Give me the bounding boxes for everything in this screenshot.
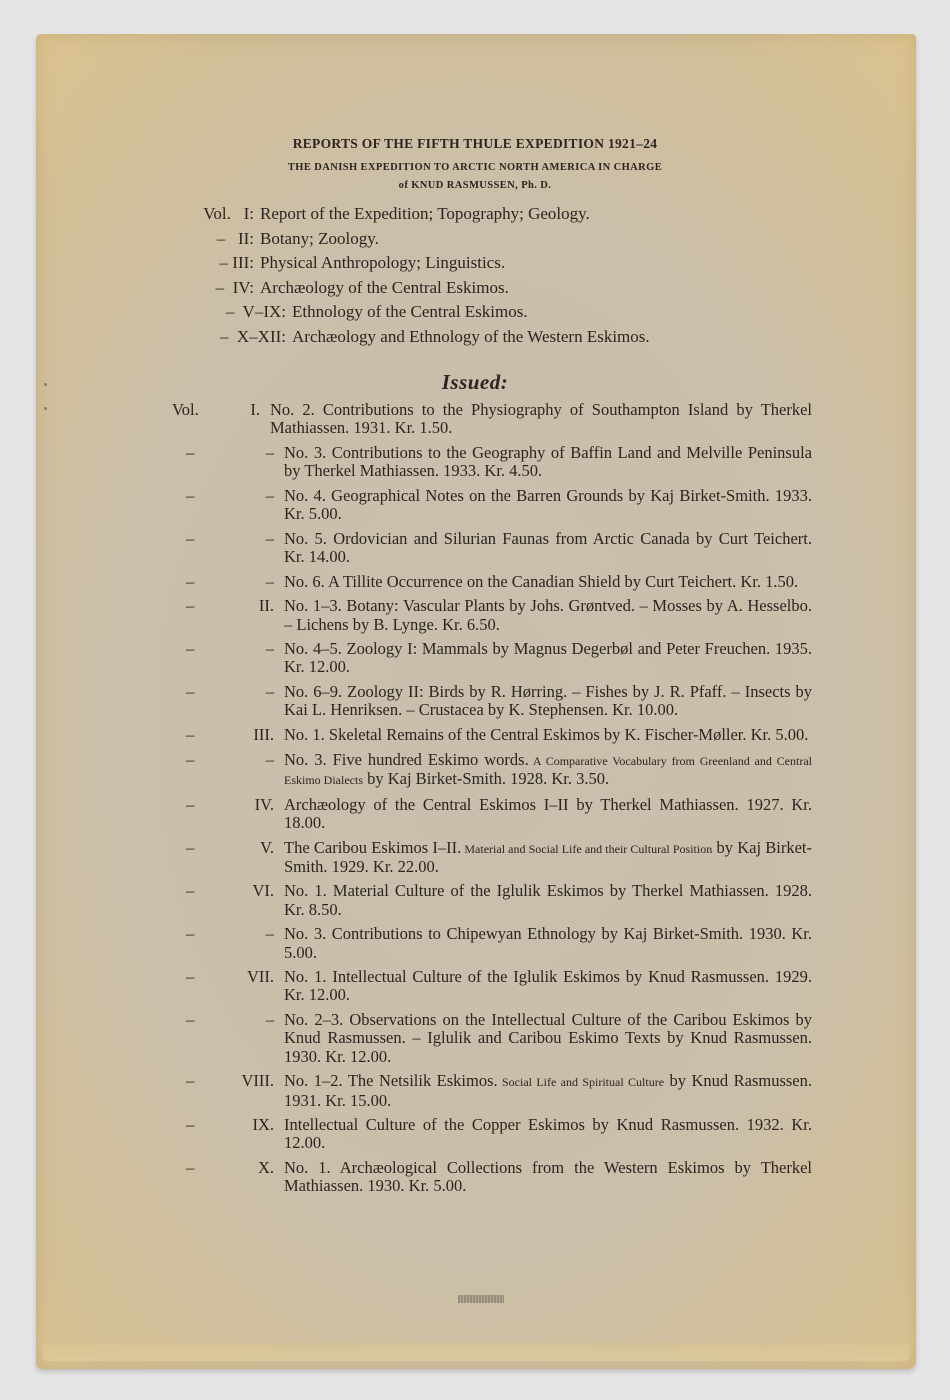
entry-volume-number: – xyxy=(226,683,284,719)
issued-entry: –IX.Intellectual Culture of the Copper E… xyxy=(172,1116,812,1152)
entry-description: No. 2–3. Observations on the Intellectua… xyxy=(284,1011,812,1066)
issued-entry: ––No. 5. Ordovician and Silurian Faunas … xyxy=(172,530,812,566)
entry-description: No. 1. Archæological Collections from th… xyxy=(284,1159,812,1195)
entry-series-mark: – xyxy=(172,597,226,633)
issued-heading: Issued: xyxy=(0,370,950,395)
entry-title: No. 5. Ordovician and Silurian Faunas fr… xyxy=(284,529,812,566)
entry-title: No. 4–5. Zoology I: Mammals by Magnus De… xyxy=(284,639,812,676)
entry-volume-number: – xyxy=(226,925,284,961)
issued-entry: ––No. 2–3. Observations on the Intellect… xyxy=(172,1011,812,1066)
entry-volume-number: – xyxy=(226,573,284,591)
entry-series-mark: – xyxy=(172,726,226,744)
plan-volume-subject: Report of the Expedition; Topography; Ge… xyxy=(260,202,590,227)
entry-volume-number: II. xyxy=(226,597,284,633)
entry-series-mark: – xyxy=(172,573,226,591)
entry-series-mark: – xyxy=(172,751,226,789)
series-byline: of KNUD RASMUSSEN, Ph. D. xyxy=(0,180,950,191)
plan-row: Vol. I:Report of the Expedition; Topogra… xyxy=(174,202,650,227)
entry-description: No. 4–5. Zoology I: Mammals by Magnus De… xyxy=(284,640,812,676)
issued-entry: Vol.I.No. 2. Contributions to the Physio… xyxy=(172,401,812,437)
plan-volume-subject: Archæology and Ethnology of the Western … xyxy=(292,325,650,350)
entry-series-mark: – xyxy=(172,1159,226,1195)
entry-description: No. 4. Geographical Notes on the Barren … xyxy=(284,487,812,523)
entry-series-mark: – xyxy=(172,640,226,676)
entry-volume-number: VIII. xyxy=(226,1072,284,1109)
entry-volume-number: – xyxy=(226,530,284,566)
entry-description: No. 3. Contributions to the Geography of… xyxy=(284,444,812,480)
entry-volume-number: – xyxy=(226,1011,284,1066)
plan-row: – II:Botany; Zoology. xyxy=(174,227,650,252)
series-title: REPORTS OF THE FIFTH THULE EXPEDITION 19… xyxy=(0,136,950,152)
entry-volume-number: – xyxy=(226,487,284,523)
series-subtitle: THE DANISH EXPEDITION TO ARCTIC NORTH AM… xyxy=(0,162,950,173)
plan-volume-subject: Botany; Zoology. xyxy=(260,227,379,252)
entry-description: No. 6–9. Zoology II: Birds by R. Hørring… xyxy=(284,683,812,719)
entry-series-mark: – xyxy=(172,1116,226,1152)
entry-description: No. 6. A Tillite Occurrence on the Canad… xyxy=(284,573,812,591)
entry-description: No. 1. Material Culture of the Iglulik E… xyxy=(284,882,812,918)
issued-entry: ––No. 3. Contributions to the Geography … xyxy=(172,444,812,480)
entry-title: Archæology of the Central Eskimos I–II b… xyxy=(284,795,812,832)
printer-imprint xyxy=(458,1295,504,1303)
entry-description: The Caribou Eskimos I–II. Material and S… xyxy=(284,839,812,876)
entry-series-mark: – xyxy=(172,839,226,876)
entry-title: The Caribou Eskimos I–II. xyxy=(284,838,461,857)
entry-volume-number: I. xyxy=(212,401,270,437)
entry-description: No. 3. Five hundred Eskimo words. A Comp… xyxy=(284,751,812,789)
entry-description: No. 1. Intellectual Culture of the Iglul… xyxy=(284,968,812,1004)
issued-entry: ––No. 3. Five hundred Eskimo words. A Co… xyxy=(172,751,812,789)
issued-entry: –VIII.No. 1–2. The Netsilik Eskimos. Soc… xyxy=(172,1072,812,1109)
plan-row: – X–XII:Archæology and Ethnology of the … xyxy=(174,325,650,350)
entry-title: No. 1. Archæological Collections from th… xyxy=(284,1158,812,1195)
plan-volume-subject: Physical Anthropology; Linguistics. xyxy=(260,251,505,276)
issued-entry: –IV.Archæology of the Central Eskimos I–… xyxy=(172,796,812,832)
entry-description: Intellectual Culture of the Copper Eskim… xyxy=(284,1116,812,1152)
entry-title: No. 1. Intellectual Culture of the Iglul… xyxy=(284,967,812,1004)
entry-series-mark: – xyxy=(172,444,226,480)
entry-title: No. 4. Geographical Notes on the Barren … xyxy=(284,486,812,523)
entry-title: No. 2–3. Observations on the Intellectua… xyxy=(284,1010,812,1065)
paper-speck xyxy=(44,383,47,386)
entry-series-mark: Vol. xyxy=(172,401,212,437)
entry-title: No. 3. Contributions to Chipewyan Ethnol… xyxy=(284,924,812,961)
entry-volume-number: III. xyxy=(226,726,284,744)
issued-entry: –VI.No. 1. Material Culture of the Iglul… xyxy=(172,882,812,918)
issued-entry: ––No. 6. A Tillite Occurrence on the Can… xyxy=(172,573,812,591)
entry-series-mark: – xyxy=(172,683,226,719)
entry-series-mark: – xyxy=(172,530,226,566)
issued-entry: –VII.No. 1. Intellectual Culture of the … xyxy=(172,968,812,1004)
issued-entry: ––No. 3. Contributions to Chipewyan Ethn… xyxy=(172,925,812,961)
issued-list: Vol.I.No. 2. Contributions to the Physio… xyxy=(172,401,812,1202)
entry-title: No. 3. Contributions to the Geography of… xyxy=(284,443,812,480)
plan-volume-label: – V–IX: xyxy=(174,300,286,325)
entry-description: No. 1–3. Botany: Vascular Plants by Johs… xyxy=(284,597,812,633)
plan-row: – V–IX:Ethnology of the Central Eskimos. xyxy=(174,300,650,325)
plan-volume-subject: Archæology of the Central Eskimos. xyxy=(260,276,509,301)
plan-volume-label: Vol. I: xyxy=(174,202,254,227)
plan-volume-label: – X–XII: xyxy=(174,325,286,350)
entry-author-price: by Kaj Birket-Smith. 1928. Kr. 3.50. xyxy=(363,769,609,788)
paper-speck xyxy=(44,407,47,410)
entry-series-mark: – xyxy=(172,968,226,1004)
entry-volume-number: X. xyxy=(226,1159,284,1195)
entry-description: No. 1. Skeletal Remains of the Central E… xyxy=(284,726,812,744)
plan-volume-subject: Ethnology of the Central Eskimos. xyxy=(292,300,528,325)
entry-volume-number: IX. xyxy=(226,1116,284,1152)
issued-entry: ––No. 4. Geographical Notes on the Barre… xyxy=(172,487,812,523)
plan-volume-label: – II: xyxy=(174,227,254,252)
entry-volume-number: IV. xyxy=(226,796,284,832)
entry-series-mark: – xyxy=(172,882,226,918)
entry-description: No. 5. Ordovician and Silurian Faunas fr… xyxy=(284,530,812,566)
entry-title: Intellectual Culture of the Copper Eskim… xyxy=(284,1115,812,1152)
plan-volume-label: – III: xyxy=(174,251,254,276)
entry-subtitle: Social Life and Spiritual Culture xyxy=(498,1075,664,1089)
issued-entry: ––No. 4–5. Zoology I: Mammals by Magnus … xyxy=(172,640,812,676)
entry-volume-number: – xyxy=(226,640,284,676)
entry-series-mark: – xyxy=(172,1072,226,1109)
entry-title: No. 1. Material Culture of the Iglulik E… xyxy=(284,881,812,918)
entry-description: No. 2. Contributions to the Physiography… xyxy=(270,401,812,437)
entry-subtitle: Material and Social Life and their Cultu… xyxy=(461,842,712,856)
entry-title: No. 1–2. The Netsilik Eskimos. xyxy=(284,1071,498,1090)
entry-title: No. 1–3. Botany: Vascular Plants by Johs… xyxy=(284,596,812,633)
entry-volume-number: VI. xyxy=(226,882,284,918)
entry-title: No. 6–9. Zoology II: Birds by R. Hørring… xyxy=(284,682,812,719)
plan-row: – III:Physical Anthropology; Linguistics… xyxy=(174,251,650,276)
entry-volume-number: V. xyxy=(226,839,284,876)
issued-entry: –II.No. 1–3. Botany: Vascular Plants by … xyxy=(172,597,812,633)
issued-entry: –III.No. 1. Skeletal Remains of the Cent… xyxy=(172,726,812,744)
entry-series-mark: – xyxy=(172,796,226,832)
entry-title: No. 2. Contributions to the Physiography… xyxy=(270,400,812,437)
plan-volume-label: – IV: xyxy=(174,276,254,301)
entry-description: No. 3. Contributions to Chipewyan Ethnol… xyxy=(284,925,812,961)
volume-plan: Vol. I:Report of the Expedition; Topogra… xyxy=(174,202,650,349)
entry-title: No. 3. Five hundred Eskimo words. xyxy=(284,750,529,769)
entry-series-mark: – xyxy=(172,925,226,961)
entry-description: No. 1–2. The Netsilik Eskimos. Social Li… xyxy=(284,1072,812,1109)
issued-entry: –V.The Caribou Eskimos I–II. Material an… xyxy=(172,839,812,876)
plan-row: – IV:Archæology of the Central Eskimos. xyxy=(174,276,650,301)
entry-title: No. 1. Skeletal Remains of the Central E… xyxy=(284,725,808,744)
issued-entry: –X.No. 1. Archæological Collections from… xyxy=(172,1159,812,1195)
entry-description: Archæology of the Central Eskimos I–II b… xyxy=(284,796,812,832)
entry-volume-number: – xyxy=(226,444,284,480)
entry-series-mark: – xyxy=(172,487,226,523)
issued-entry: ––No. 6–9. Zoology II: Birds by R. Hørri… xyxy=(172,683,812,719)
entry-title: No. 6. A Tillite Occurrence on the Canad… xyxy=(284,572,798,591)
entry-volume-number: VII. xyxy=(226,968,284,1004)
entry-series-mark: – xyxy=(172,1011,226,1066)
entry-volume-number: – xyxy=(226,751,284,789)
